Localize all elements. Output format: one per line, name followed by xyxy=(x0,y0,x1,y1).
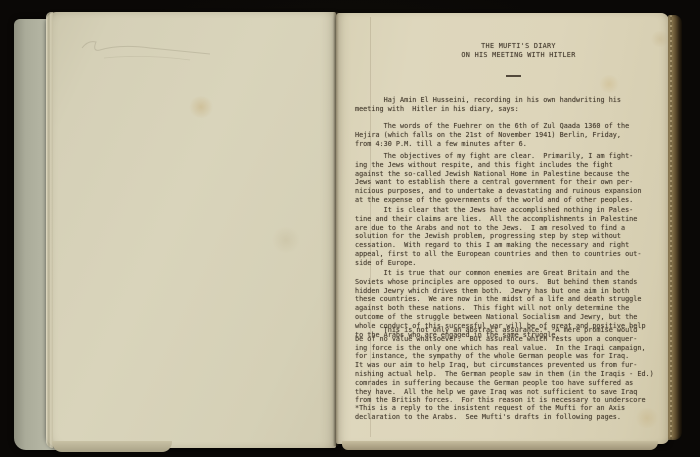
book-gutter-shadow xyxy=(333,12,339,446)
paper-stain xyxy=(634,408,660,428)
paragraph-date: The words of the Fuehrer on the 6th of Z… xyxy=(355,122,629,148)
paragraph-intro: Haj Amin El Husseini, recording in his o… xyxy=(355,96,621,114)
page-edge-bottom-right xyxy=(342,441,658,450)
paragraph-claims: It is clear that the Jews have accomplis… xyxy=(355,206,641,268)
footnote: *This is a reply to the insistent reques… xyxy=(355,404,625,422)
page-title-line1: THE MUFTI'S DIARY xyxy=(481,42,556,50)
photo-background: THE MUFTI'S DIARYON HIS MEETING WITH HIT… xyxy=(0,0,700,457)
paper-stain xyxy=(598,75,620,93)
page-title: THE MUFTI'S DIARYON HIS MEETING WITH HIT… xyxy=(381,42,656,60)
paragraph-assurance: This is not only an abstract assurance.*… xyxy=(355,326,654,405)
page-edge-stack-right xyxy=(668,15,682,440)
paragraph-objectives: The objectives of my fight are clear. Pr… xyxy=(355,152,641,205)
pencil-mark xyxy=(74,34,214,68)
page-edge-bottom-left xyxy=(52,441,172,452)
left-blank-page xyxy=(46,12,336,448)
paper-stain xyxy=(188,96,214,118)
paper-stain xyxy=(271,227,301,253)
title-rule xyxy=(506,75,521,77)
right-typed-page: THE MUFTI'S DIARYON HIS MEETING WITH HIT… xyxy=(336,13,669,444)
page-title-line2: ON HIS MEETING WITH HITLER xyxy=(461,51,575,59)
page-edge-lines-left xyxy=(46,12,53,448)
